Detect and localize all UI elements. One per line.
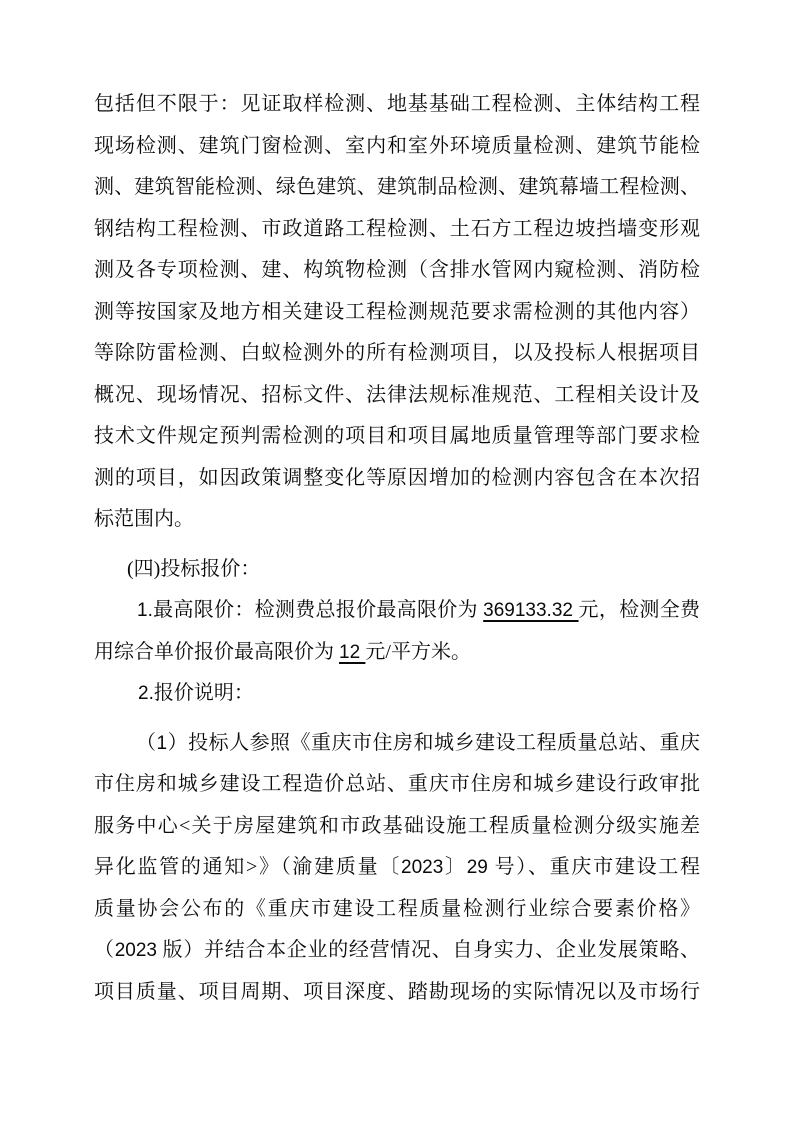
text-line: 2.报价说明： [94,673,700,715]
text-line: 钢结构工程检测、市政道路工程检测、土石方工程边坡挡墙变形观 [94,209,700,251]
text-line: 等除防雷检测、白蚁检测外的所有检测项目，以及投标人根据项目 [94,333,700,375]
text-line: 标范围内。 [94,499,700,541]
text-run: 等除防雷检测、白蚁检测外的所有检测项目，以及投标人根据项目 [94,342,700,364]
document-body: 包括但不限于：见证取样检测、地基基础工程检测、主体结构工程现场检测、建筑门窗检测… [94,84,700,1013]
text-line: 现场检测、建筑门窗检测、室内和室外环境质量检测、建筑节能检 [94,126,700,168]
text-run: 包括但不限于：见证取样检测、地基基础工程检测、主体结构工程 [94,93,700,115]
unit-price-limit-value: 12 [339,642,365,663]
text-run: 测等按国家及地方相关建设工程检测规范要求需检测的其他内容） [94,301,700,323]
text-run: 版）并结合本企业的经营情况、自身实力、企业发展策略、 [157,939,700,961]
text-run: （ [94,939,115,961]
text-line: (四)投标报价： [94,549,700,591]
doc-number-year: 2023 [401,857,443,878]
text-run: 服务中心<关于房屋建筑和市政基础设施工程质量检测分级实施差 [94,815,700,837]
text-line: 用综合单价报价最高限价为 12 元/平方米。 [94,632,700,674]
text-run: （ [136,732,157,754]
text-run: 最高限价：检测费总报价最高限价为 [153,599,483,621]
text-line: 测及各专项检测、建、构筑物检测（含排水管网内窥检测、消防检 [94,250,700,292]
text-run: 1 [157,733,168,754]
text-line: （1）投标人参照《重庆市住房和城乡建设工程质量总站、重庆 [94,723,700,765]
text-run: 钢结构工程检测、市政道路工程检测、土石方工程边坡挡墙变形观 [94,218,700,240]
text-run: 现场检测、建筑门窗检测、室内和室外环境质量检测、建筑节能检 [94,135,700,157]
text-line: 包括但不限于：见证取样检测、地基基础工程检测、主体结构工程 [94,84,700,126]
text-run: 元/平方米。 [365,641,471,663]
text-line: 测、建筑智能检测、绿色建筑、建筑制品检测、建筑幕墙工程检测、 [94,167,700,209]
text-line: 服务中心<关于房屋建筑和市政基础设施工程质量检测分级实施差 [94,806,700,848]
text-line: 异化监管的通知>》（渝建质量〔2023〕29 号）、重庆市建设工程 [94,847,700,889]
text-run: 概况、现场情况、招标文件、法律法规标准规范、工程相关设计及 [94,384,700,406]
total-price-limit-value: 369133.32 [483,600,578,621]
text-line: 1.最高限价：检测费总报价最高限价为 369133.32 元，检测全费 [94,590,700,632]
text-run: ）投标人参照《重庆市住房和城乡建设工程质量总站、重庆 [167,732,700,754]
text-line: （2023 版）并结合本企业的经营情况、自身实力、企业发展策略、 [94,930,700,972]
text-run: 1. [137,600,153,621]
text-run: 元，检测全费 [579,599,700,621]
text-run: 号）、重庆市建设工程 [488,856,700,878]
text-run: 报价说明： [154,682,254,704]
text-line: 质量协会公布的《重庆市建设工程质量检测行业综合要素价格》 [94,889,700,931]
text-run: 测、建筑智能检测、绿色建筑、建筑制品检测、建筑幕墙工程检测、 [94,176,700,198]
text-run: 市住房和城乡建设工程造价总站、重庆市住房和城乡建设行政审批 [94,773,700,795]
text-line: 技术文件规定预判需检测的项目和项目属地质量管理等部门要求检 [94,416,700,458]
text-run: 异化监管的通知>》（渝建质量〔 [94,856,401,878]
text-line: 概况、现场情况、招标文件、法律法规标准规范、工程相关设计及 [94,375,700,417]
section-heading: (四)投标报价： [127,558,260,580]
doc-number-no: 29 [467,857,488,878]
text-run: 用综合单价报价最高限价为 [94,641,339,663]
text-run: 质量协会公布的《重庆市建设工程质量检测行业综合要素价格》 [94,898,700,920]
price-guide-year: 2023 [115,940,157,961]
text-line: 测的项目，如因政策调整变化等原因增加的检测内容包含在本次招 [94,458,700,500]
text-run: 2. [138,683,154,704]
text-run: 项目质量、项目周期、项目深度、踏勘现场的实际情况以及市场行 [94,981,700,1003]
text-run: 测的项目，如因政策调整变化等原因增加的检测内容包含在本次招 [94,467,700,489]
text-run: 技术文件规定预判需检测的项目和项目属地质量管理等部门要求检 [94,425,700,447]
document-page: 包括但不限于：见证取样检测、地基基础工程检测、主体结构工程现场检测、建筑门窗检测… [0,0,793,1122]
text-line: 市住房和城乡建设工程造价总站、重庆市住房和城乡建设行政审批 [94,764,700,806]
text-line: 测等按国家及地方相关建设工程检测规范要求需检测的其他内容） [94,292,700,334]
text-run: 测及各专项检测、建、构筑物检测（含排水管网内窥检测、消防检 [94,259,700,281]
text-run: 标范围内。 [94,508,194,530]
text-line: 项目质量、项目周期、项目深度、踏勘现场的实际情况以及市场行 [94,972,700,1014]
text-run: 〕 [443,856,466,878]
